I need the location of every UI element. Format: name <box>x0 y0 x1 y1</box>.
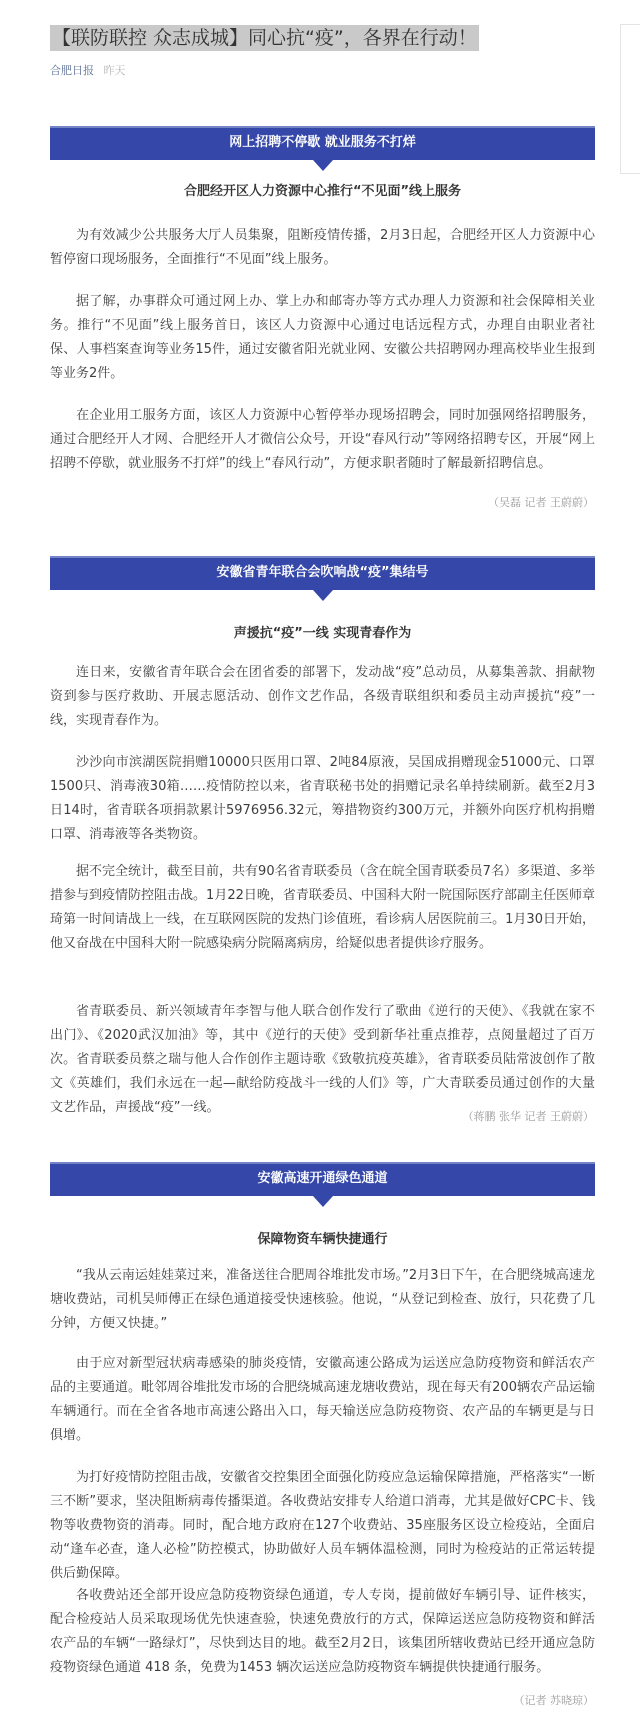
source-link[interactable]: 合肥日报 <box>50 64 94 77</box>
section-3-subhead: 保障物资车辆快捷通行 <box>50 1228 595 1247</box>
section-1-paragraph-2: 据了解，办事群众可通过网上办、掌上办和邮寄办等方式办理人力资源和社会保障相关业务… <box>50 290 595 386</box>
article-title-wrap: 【联防联控 众志成城】同心抗“疫”，各界在行动！ <box>50 25 479 51</box>
section-1-credit: （吴磊 记者 王蔚蔚） <box>488 494 594 510</box>
article-meta: 合肥日报 昨天 <box>50 62 126 78</box>
section-2-paragraph-2: 沙沙向市滨湖医院捐赠10000只医用口罩、2吨84原液，吴国成捐赠现金51000… <box>50 751 595 847</box>
section-3-banner: 安徽高速开通绿色通道 <box>50 1162 595 1196</box>
section-3-paragraph-2: 由于应对新型冠状病毒感染的肺炎疫情，安徽高速公路成为运送应急防疫物资和鲜活农产品… <box>50 1352 595 1448</box>
section-1-paragraph-1: 为有效减少公共服务大厅人员集聚，阻断疫情传播，2月3日起，合肥经开区人力资源中心… <box>50 224 595 272</box>
section-1-paragraph-3: 在企业用工服务方面，该区人力资源中心暂停举办现场招聘会，同时加强网络招聘服务，通… <box>50 404 595 476</box>
section-3-paragraph-3: 为打好疫情防控阻击战，安徽省交控集团全面强化防疫应急运输保障措施，严格落实“一断… <box>50 1466 595 1586</box>
publish-time: 昨天 <box>104 64 126 77</box>
section-2-paragraph-1: 连日来，安徽省青年联合会在团省委的部署下，发动战“疫”总动员，从募集善款、捐献物… <box>50 661 595 733</box>
section-2-subhead: 声援抗“疫”一线 实现青春作为 <box>50 622 595 641</box>
article-title: 【联防联控 众志成城】同心抗“疫”，各界在行动！ <box>50 25 479 51</box>
section-1-banner: 网上招聘不停歇 就业服务不打烊 <box>50 126 595 160</box>
section-2-banner: 安徽省青年联合会吹响战“疫”集结号 <box>50 556 595 590</box>
section-3-paragraph-1: “我从云南运娃娃菜过来，准备送往合肥周谷堆批发市场。”2月3日下午，在合肥绕城高… <box>50 1264 595 1336</box>
section-2-credit: （蒋鹏 张华 记者 王蔚蔚） <box>463 1108 595 1124</box>
section-2-paragraph-3: 据不完全统计，截至目前，共有90名省青联委员（含在皖全国青联委员7名）多渠道、多… <box>50 860 595 956</box>
side-panel <box>620 24 640 174</box>
section-3-credit: （记者 苏晓琼） <box>514 1692 595 1708</box>
section-2-paragraph-4: 省青联委员、新兴领域青年李智与他人联合创作发行了歌曲《逆行的天使》、《我就在家不… <box>50 1000 595 1120</box>
section-3-paragraph-4: 各收费站还全部开设应急防疫物资绿色通道，专人专岗，提前做好车辆引导、证件核实，配… <box>50 1584 595 1680</box>
section-1-subhead: 合肥经开区人力资源中心推行“不见面”线上服务 <box>50 180 595 199</box>
